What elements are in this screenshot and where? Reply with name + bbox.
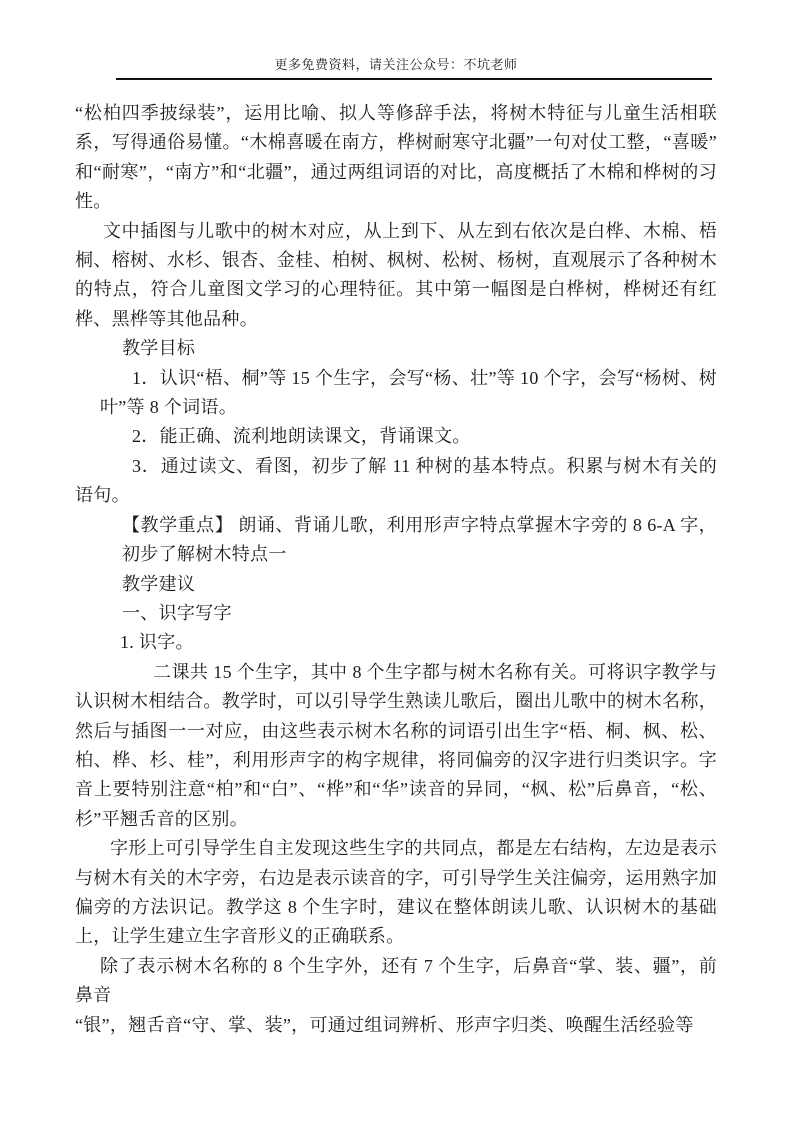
paragraph-literacy-teaching: 二课共 15 个生字，其中 8 个生字都与树木名称有关。可将识字教学与认识树木相… [75,658,717,834]
heading-subsection-literacy: 1. 识字。 [75,628,717,657]
heading-teaching-goals: 教学目标 [75,334,717,363]
header-divider [116,78,712,80]
goal-item-3: 3．通过读文、看图，初步了解 11 种树的基本特点。积累与树木有关的语句。 [75,452,717,511]
paragraph-teaching-focus: 【教学重点】 朗诵、背诵儿歌，利用形声字特点掌握木字旁的 8 6-A 字，初步了… [75,511,717,570]
paragraph-yin-pronunciation: “银”，翘舌音“守、掌、装”，可通过组词辨析、形声字归类、唤醒生活经验等 [75,1011,717,1040]
paragraph-glyph-analysis: 字形上可引导学生自主发现这些生字的共同点，都是左右结构，左边是表示与树木有关的木… [75,834,717,952]
paragraph-other-characters: 除了表示树木名称的 8 个生字外，还有 7 个生字，后鼻音“掌、装、疆”，前鼻音 [75,952,717,1011]
goal-item-2: 2．能正确、流利地朗读课文，背诵课文。 [75,422,717,451]
paragraph-rhetoric-analysis: “松柏四季披绿装”，运用比喻、拟人等修辞手法，将树木特征与儿童生活相联系，写得通… [75,99,717,217]
goal-item-1: 1．认识“梧、桐”等 15 个生字，会写“杨、壮”等 10 个字，会写“杨树、树… [75,364,717,423]
document-body: “松柏四季披绿装”，运用比喻、拟人等修辞手法，将树木特征与儿童生活相联系，写得通… [75,99,717,1040]
page-header: 更多免费资料，请关注公众号：不坑老师 [75,0,717,80]
heading-section-literacy-writing: 一、识字写字 [75,599,717,628]
paragraph-illustrations: 文中插图与儿歌中的树木对应，从上到下、从左到右依次是白桦、木棉、梧桐、榕树、水杉… [75,217,717,335]
header-notice-text: 更多免费资料，请关注公众号：不坑老师 [75,57,717,72]
document-page: 更多免费资料，请关注公众号：不坑老师 “松柏四季披绿装”，运用比喻、拟人等修辞手… [0,0,793,1122]
heading-teaching-suggestions: 教学建议 [75,570,717,599]
